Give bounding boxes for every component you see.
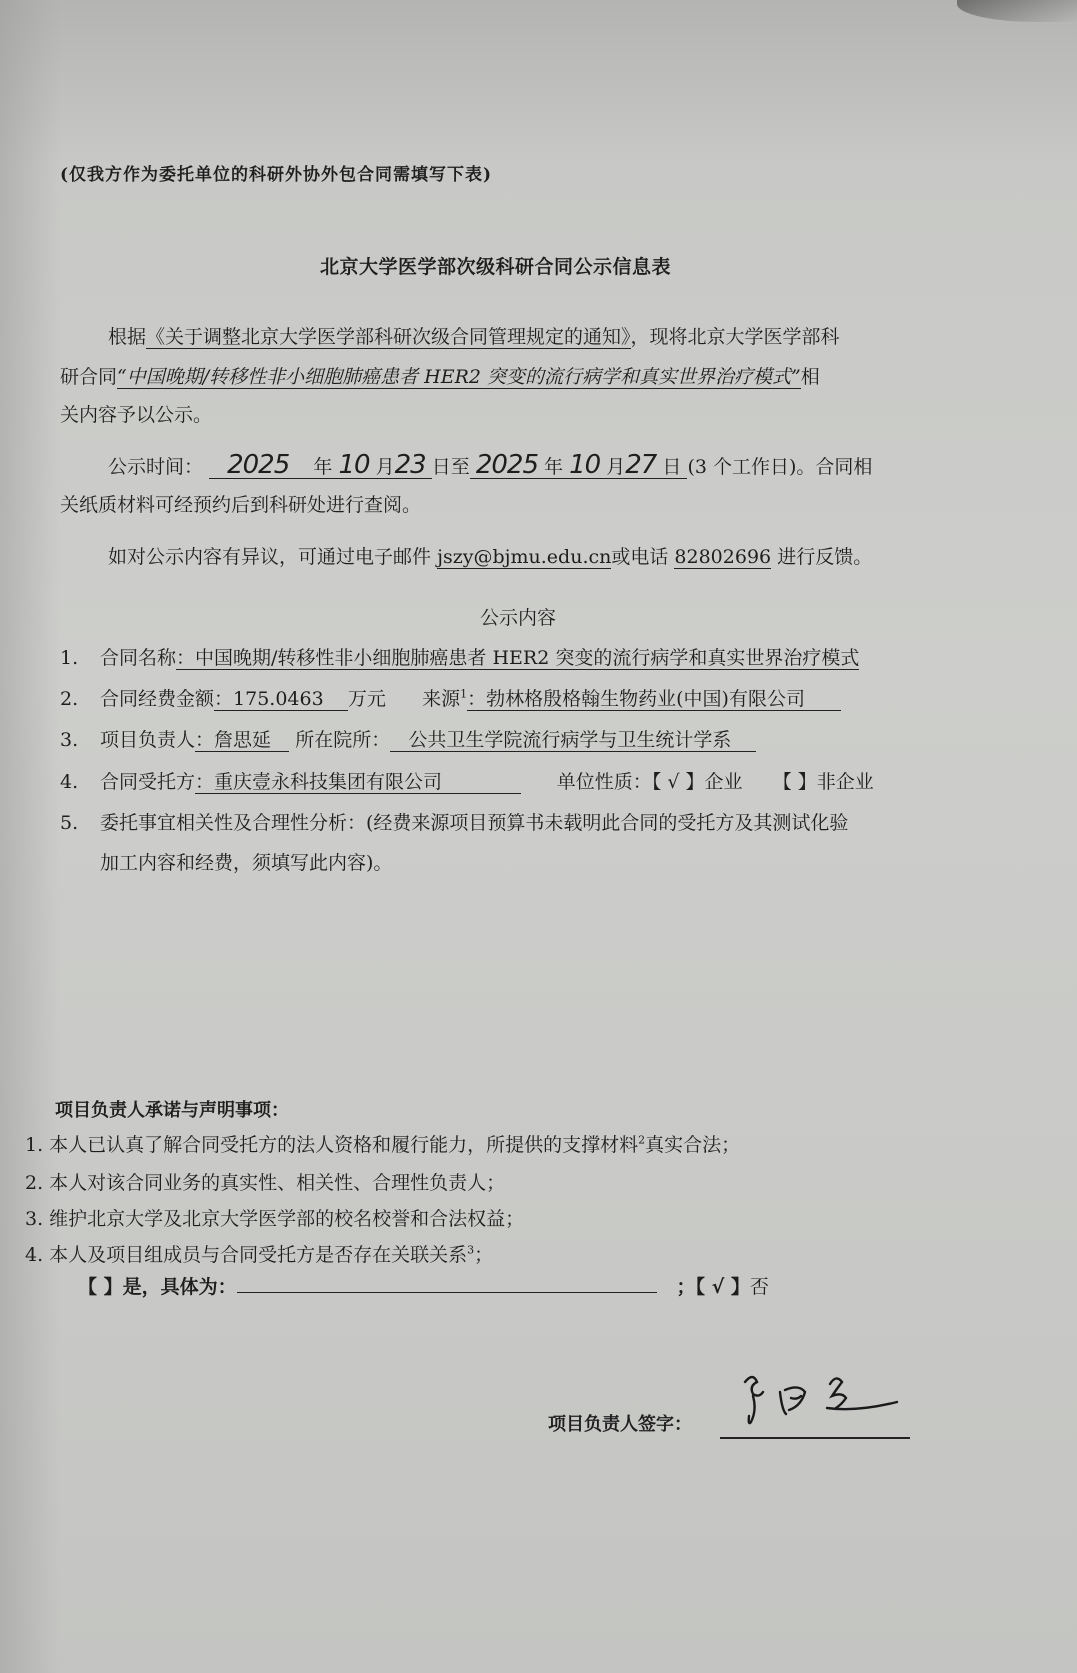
- signature-line: [720, 1437, 910, 1439]
- page-title: 北京大学医学部次级科研合同公示信息表: [320, 252, 671, 279]
- end-year: 2025: [476, 450, 538, 480]
- period-start: 2025 年 10 月23: [209, 456, 432, 479]
- pi-value: ：詹思延: [195, 729, 289, 752]
- end-month: 10: [569, 450, 600, 480]
- contract-name-value: ：中国晚期/转移性非小细胞肺癌患者 HER2 突变的流行病学和真实世界治疗模式: [176, 647, 859, 670]
- regulation-link: 《关于调整北京大学医学部科研次级合同管理规定的通知》: [146, 326, 631, 349]
- handwritten-signature-icon: [735, 1362, 915, 1432]
- end-day: 27: [625, 450, 656, 480]
- page-shadow: [0, 0, 60, 1673]
- relation-answer: 【 】是，具体为： ；【 √ 】否: [78, 1272, 769, 1299]
- institute-value: 公共卫生学院流行病学与卫生统计学系: [390, 729, 755, 752]
- relation-no-checkbox[interactable]: 【 √ 】: [696, 1276, 750, 1298]
- period-line-2: 关纸质材料可经预约后到科研处进行查阅。: [60, 490, 421, 517]
- pledge-item-3: 3. 维护北京大学及北京大学医学部的校名校誉和合法权益；: [25, 1204, 524, 1231]
- start-month: 10: [338, 450, 369, 480]
- enterprise-checkbox[interactable]: 【 √ 】: [652, 771, 705, 793]
- pledge-item-1: 1. 本人已认真了解合同受托方的法人资格和履行能力，所提供的支撑材料2真实合法；: [25, 1130, 740, 1157]
- pledge-item-2: 2. 本人对该合同业务的真实性、相关性、合理性负责人；: [25, 1168, 505, 1195]
- contract-name-quoted: “中国晚期/转移性非小细胞肺癌患者 HER2 突变的流行病学和真实世界治疗模式”: [117, 366, 801, 389]
- period-end: 2025 年 10 月27 日: [470, 456, 688, 479]
- contact-email[interactable]: jszy@bjmu.edu.cn: [437, 546, 611, 569]
- item-contract-name: 1.合同名称：中国晚期/转移性非小细胞肺癌患者 HER2 突变的流行病学和真实世…: [60, 643, 859, 670]
- signature-label: 项目负责人签字：: [548, 1410, 692, 1436]
- item-contract-amount: 2.合同经费金额：175.0463 万元 来源1：勃林格殷格翰生物药业(中国)有…: [60, 684, 841, 711]
- intro-line-1: 根据《关于调整北京大学医学部科研次级合同管理规定的通知》，现将北京大学医学部科: [108, 322, 840, 349]
- item-analysis-line-2: 加工内容和经费，须填写此内容)。: [100, 848, 392, 875]
- intro-line-2: 研合同“中国晚期/转移性非小细胞肺癌患者 HER2 突变的流行病学和真实世界治疗…: [60, 362, 820, 389]
- item-analysis: 5.委托事宜相关性及合理性分析：(经费来源项目预算书未载明此合同的受托方及其测试…: [60, 808, 848, 835]
- relation-detail-field[interactable]: [237, 1274, 657, 1293]
- trustee-value: ：重庆壹永科技集团有限公司: [195, 771, 521, 794]
- funding-source-value: ：勃林格殷格翰生物药业(中国)有限公司: [467, 688, 841, 711]
- start-day: 23: [395, 450, 426, 480]
- period-line: 公示时间： 2025 年 10 月23 日至 2025 年 10 月27 日 (…: [108, 450, 872, 480]
- relation-yes-checkbox[interactable]: 【 】: [78, 1276, 123, 1298]
- pledge-heading: 项目负责人承诺与声明事项：: [55, 1096, 289, 1122]
- start-year: 2025: [227, 450, 289, 480]
- page-corner-curl: [957, 0, 1077, 22]
- amount-value: ：175.0463: [214, 688, 348, 711]
- section-title: 公示内容: [480, 603, 556, 630]
- pledge-item-4: 4. 本人及项目组成员与合同受托方是否存在关联关系3；: [25, 1240, 493, 1267]
- scope-note: (仅我方作为委托单位的科研外协外包合同需填写下表): [60, 160, 492, 185]
- item-trustee: 4.合同受托方：重庆壹永科技集团有限公司 单位性质：【 √ 】企业 【 】非企业: [60, 767, 874, 794]
- item-pi: 3.项目负责人：詹思延 所在院所： 公共卫生学院流行病学与卫生统计学系: [60, 725, 756, 752]
- contact-line: 如对公示内容有异议，可通过电子邮件 jszy@bjmu.edu.cn或电话 82…: [108, 542, 872, 569]
- non-enterprise-checkbox[interactable]: 【 】: [773, 771, 817, 793]
- intro-line-3: 关内容予以公示。: [60, 400, 212, 427]
- contact-phone: 82802696: [674, 546, 771, 569]
